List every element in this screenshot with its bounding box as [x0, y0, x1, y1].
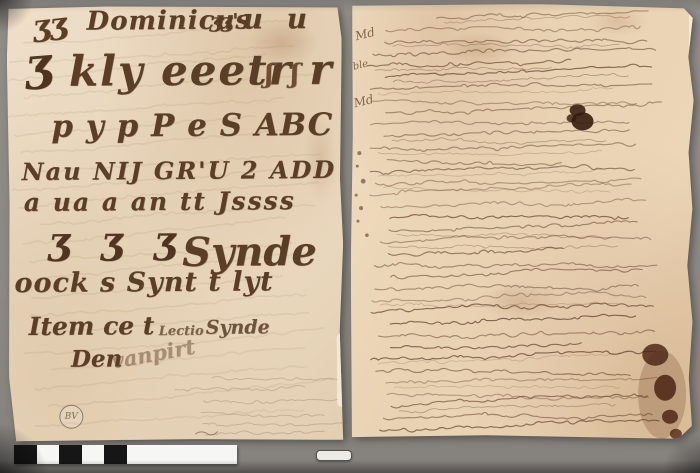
handwriting-stroke: [384, 184, 611, 196]
torn-edge-patch: [689, 11, 695, 51]
handwriting-stroke: [212, 375, 344, 382]
handwriting-stroke: [378, 169, 601, 177]
handwriting-stroke: [371, 350, 656, 360]
handwriting-lines: [366, 11, 665, 433]
scale-segment: [127, 445, 237, 464]
handwriting-stroke: [386, 102, 662, 115]
handwriting-stroke: [201, 411, 324, 418]
calligraphy-marks: ʒʒ': [210, 11, 239, 31]
handwriting-stroke: [371, 118, 629, 126]
handwriting-stroke: [392, 136, 606, 146]
photographic-scale-bar: [14, 445, 237, 464]
handwriting-stroke: [384, 129, 629, 137]
handwriting-stroke: [370, 183, 632, 196]
handwriting-stroke: [376, 366, 630, 379]
collection-stamp: BV: [59, 405, 83, 429]
handwriting-stroke: [389, 221, 637, 233]
stamp-monogram: BV: [65, 412, 78, 422]
ink-spatter: [354, 151, 369, 237]
handwriting-stroke: [379, 352, 621, 364]
handwriting-stroke: [393, 41, 619, 50]
handwriting-stroke: [380, 300, 618, 308]
calligraphy-row-item: Item ce t: [29, 313, 155, 339]
scale-segment: [104, 445, 127, 464]
handwriting-stroke: [204, 399, 344, 404]
handwriting-stroke: [379, 419, 659, 433]
handwriting-stroke: [385, 64, 652, 78]
handwriting-stroke: [385, 38, 647, 47]
margin-note: ble: [352, 58, 370, 72]
small-label-tag: [316, 450, 352, 461]
photo-stage: ʒʒ ʒ Dominicus ʒʒ' u u kly eeetr r ʃ ʃ p…: [0, 0, 700, 473]
paper-stain: [442, 32, 514, 66]
handwriting-stroke: [175, 385, 304, 391]
handwriting-stroke: [374, 259, 656, 270]
handwriting-stroke: [367, 59, 571, 67]
handwriting-stroke: [390, 314, 635, 325]
handwriting-stroke: [391, 343, 582, 350]
handwriting-stroke: [391, 267, 643, 279]
calligraphy-flourish: ʒ ʒ ʒ: [48, 221, 184, 260]
handwriting-stroke: [445, 15, 630, 24]
handwriting-stroke: [205, 430, 324, 435]
handwriting-stroke: [373, 47, 656, 57]
scale-segment: [59, 445, 82, 464]
handwriting-stroke: [370, 143, 636, 153]
handwriting-stroke: [49, 378, 334, 408]
handwriting-stroke: [378, 330, 654, 340]
handwriting-stroke: [375, 282, 639, 294]
calligraphy-row-oock: oock s Synt t lyt: [14, 268, 273, 297]
handwriting-stroke: [371, 302, 653, 313]
torn-edge-patch: [337, 333, 347, 407]
paper-stain: [478, 282, 562, 320]
handwriting-stroke: [370, 81, 651, 90]
handwriting-stroke: [203, 422, 345, 427]
handwriting-stroke: [375, 178, 640, 186]
red-ink-mark: [195, 432, 217, 435]
handwriting-stroke: [372, 291, 646, 302]
left-page-paper: ʒʒ ʒ Dominicus ʒʒ' u u kly eeetr r ʃ ʃ p…: [6, 5, 344, 442]
calligraphy-practice-letters: ʃ ʃ: [265, 61, 303, 87]
handwriting-stroke: [436, 11, 648, 20]
handwriting-stroke: [397, 232, 611, 241]
handwriting-stroke: [386, 25, 641, 34]
calligraphy-word-synde-small: Synde: [206, 318, 270, 337]
calligraphy-flourish: ʒ: [23, 40, 53, 88]
handwriting-stroke: [387, 158, 561, 168]
handwriting-stroke: [394, 383, 620, 391]
calligraphy-word-faint: vanpirt: [110, 336, 197, 372]
handwriting-stroke: [387, 390, 648, 402]
handwriting-stroke: [378, 88, 612, 96]
scale-segment: [82, 445, 104, 464]
handwriting-stroke: [380, 233, 650, 243]
margin-note: Md: [352, 92, 375, 110]
calligraphy-letters: u u: [242, 5, 314, 33]
scale-segment: [37, 445, 59, 464]
handwriting-stroke: [390, 212, 628, 222]
scale-segment: [14, 445, 37, 464]
handwriting-stroke: [383, 410, 652, 422]
calligraphy-practice-letters: Nau NIJ GR'U 2 ADD: [22, 158, 337, 184]
handwriting-stroke: [388, 247, 563, 256]
left-manuscript-page: ʒʒ ʒ Dominicus ʒʒ' u u kly eeetr r ʃ ʃ p…: [8, 6, 343, 441]
handwriting-stroke: [381, 198, 646, 208]
handwriting-stroke: [373, 97, 637, 108]
handwriting-stroke: [399, 403, 615, 413]
ink-blots: [565, 104, 688, 439]
handwriting-stroke: [388, 243, 617, 252]
handwriting-stroke: [393, 73, 628, 83]
right-manuscript-page: Md ble Md: [351, 4, 693, 438]
handwriting-stroke: [378, 150, 601, 157]
handwriting-stroke: [375, 66, 551, 72]
handwriting-stroke: [370, 164, 634, 174]
margin-note: Md: [354, 25, 377, 43]
calligraphy-practice-letters: a ua a an tt Jssss: [24, 188, 296, 215]
right-page-paper: Md ble Md: [350, 3, 694, 439]
paper-stain: [587, 6, 649, 36]
right-page-ink-layer: [350, 3, 694, 439]
handwriting-stroke: [386, 376, 657, 384]
faint-scribbles: [175, 375, 344, 435]
handwriting-stroke: [391, 394, 647, 408]
